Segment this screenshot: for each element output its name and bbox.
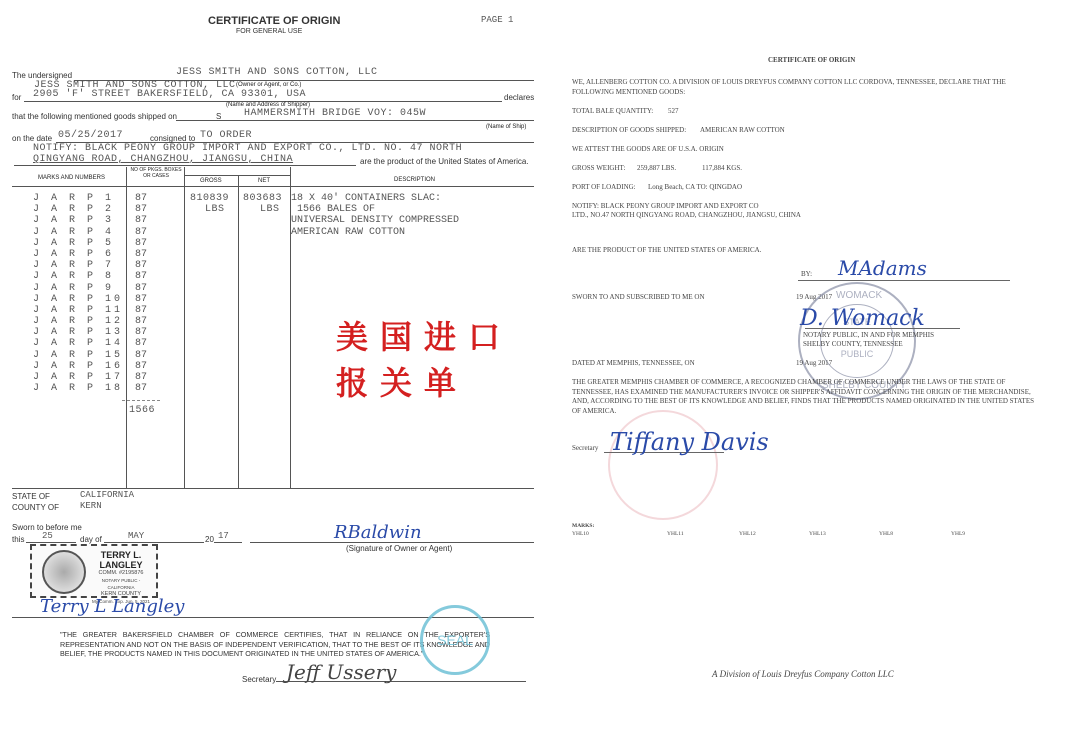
net-weight-value: 803683 <box>243 193 282 204</box>
mark-cell: J A R P 12 <box>33 316 123 327</box>
for-label: for <box>12 93 21 102</box>
certificate-subtitle: FOR GENERAL USE <box>236 28 302 35</box>
gross-weight-lbs: 259,887 LBS. <box>637 164 676 174</box>
mark-cell: J A R P 8 <box>33 271 123 282</box>
county-value: KERN <box>80 501 102 511</box>
notary-signature: Terry L Langley <box>40 596 184 617</box>
attest-statement: WE ATTEST THE GOODS ARE OF U.S.A. ORIGIN <box>572 145 724 155</box>
secretary-label-right: Secretary <box>572 444 598 454</box>
mark-item: YHL11 <box>667 530 684 540</box>
pkgs-cell: 87 <box>135 316 147 327</box>
pkgs-cell: 87 <box>135 260 147 271</box>
name-of-ship-caption: (Name of Ship) <box>486 124 526 130</box>
marks-column: J A R P 1J A R P 2J A R P 3J A R P 4J A … <box>33 193 123 394</box>
day-value: 25 <box>42 531 53 541</box>
mark-item: YHL10 <box>572 530 589 540</box>
shipper-address: 2905 'F' STREET BAKERSFIELD, CA 93301, U… <box>33 89 306 100</box>
california-seal-icon <box>42 550 86 594</box>
seal-text: SEAL <box>437 632 473 648</box>
goods-description-label: DESCRIPTION OF GOODS SHIPPED: <box>572 126 686 136</box>
stamp-name: TERRY L. LANGLEY <box>88 550 154 570</box>
mark-cell: J A R P 6 <box>33 249 123 260</box>
right-declaration: WE, ALLENBERG COTTON CO. A DIVISION OF L… <box>572 78 1042 97</box>
certificate-title: CERTIFICATE OF ORIGIN <box>208 15 340 27</box>
day-of-label: day of <box>80 535 102 544</box>
gross-weight-unit: LBS <box>205 204 225 215</box>
consigned-label: consigned to <box>150 134 195 143</box>
memphis-chamber-statement: THE GREATER MEMPHIS CHAMBER OF COMMERCE,… <box>572 378 1037 416</box>
mark-cell: J A R P 13 <box>33 327 123 338</box>
port-value: Long Beach, CA TO: QINGDAO <box>648 183 742 193</box>
mark-item: YHL13 <box>809 530 826 540</box>
by-signature: MAdams <box>838 256 927 280</box>
description-line: 1566 BALES OF <box>291 204 459 215</box>
pkgs-cell: 87 <box>135 361 147 372</box>
gross-weight-kgs: 117,884 KGS. <box>702 164 742 174</box>
notify-line-2: QINGYANG ROAD, CHANGZHOU, JIANGSU, CHINA <box>33 154 293 165</box>
pkgs-cell: 87 <box>135 193 147 204</box>
footer-division: A Division of Louis Dreyfus Company Cott… <box>712 670 894 680</box>
consignee-value: TO ORDER <box>200 130 252 141</box>
mark-item: YHL9 <box>951 530 965 540</box>
bale-quantity-label: TOTAL BALE QUANTITY: <box>572 107 653 117</box>
notary-stamp: TERRY L. LANGLEY COMM. #2195876 NOTARY P… <box>30 544 158 598</box>
county-label: COUNTY OF <box>12 503 59 512</box>
stamp-comm: COMM. #2195876 <box>88 570 154 577</box>
pkgs-cell: 87 <box>135 327 147 338</box>
mark-cell: J A R P 7 <box>33 260 123 271</box>
pkgs-cell: 87 <box>135 204 147 215</box>
notify-line-1: NOTIFY: BLACK PEONY GROUP IMPORT AND EXP… <box>33 143 462 154</box>
mark-cell: J A R P 17 <box>33 372 123 383</box>
product-of-label: are the product of the United States of … <box>360 157 529 166</box>
s-label: S <box>216 112 221 121</box>
page-label: PAGE 1 <box>481 15 513 25</box>
memphis-certificate: CERTIFICATE OF ORIGIN WE, ALLENBERG COTT… <box>560 0 1060 752</box>
owner-agent-caption: (Owner or Agent, or Co.) <box>236 82 301 88</box>
seal-public-text: PUBLIC <box>821 349 893 359</box>
declares-label: declares <box>504 93 534 102</box>
state-value: CALIFORNIA <box>80 490 134 500</box>
year-suffix: 17 <box>218 531 229 541</box>
undersigned-value: JESS SMITH AND SONS COTTON, LLC <box>176 67 378 78</box>
net-weight-unit: LBS <box>260 204 280 215</box>
dated-value: 19 Aug 2017 <box>796 359 832 369</box>
gross-weight-label: GROSS WEIGHT: <box>572 164 625 174</box>
mark-cell: J A R P 4 <box>33 227 123 238</box>
pkgs-column: 878787878787878787878787878787878787 <box>135 193 147 394</box>
bakersfield-certificate: CERTIFICATE OF ORIGIN FOR GENERAL USE PA… <box>0 0 545 752</box>
header-pkgs: NO OF PKGS. BOXES OR CASES <box>130 168 182 179</box>
gross-weight-value: 810839 <box>190 193 229 204</box>
pkgs-cell: 87 <box>135 383 147 394</box>
right-title: CERTIFICATE OF ORIGIN <box>768 56 855 66</box>
seal-top-text: WOMACK <box>836 290 882 301</box>
header-gross: GROSS <box>200 178 222 184</box>
pkgs-cell: 87 <box>135 294 147 305</box>
chamber-seal: SEAL <box>420 605 490 675</box>
description-column: 18 X 40' CONTAINERS SLAC: 1566 BALES OFU… <box>291 193 459 238</box>
pkgs-cell: 87 <box>135 238 147 249</box>
this-label: this <box>12 535 24 544</box>
mark-cell: J A R P 11 <box>33 305 123 316</box>
secretary-signature: Jeff Ussery <box>286 660 396 684</box>
month-value: MAY <box>128 531 144 541</box>
by-label: BY: <box>801 270 812 280</box>
secretary-signature-right: Tiffany Davis <box>610 428 769 456</box>
mark-cell: J A R P 16 <box>33 361 123 372</box>
mark-cell: J A R P 10 <box>33 294 123 305</box>
on-date-label: on the date <box>12 134 52 143</box>
mark-cell: J A R P 18 <box>33 383 123 394</box>
mark-cell: J A R P 3 <box>33 215 123 226</box>
description-line: 18 X 40' CONTAINERS SLAC: <box>291 193 459 204</box>
header-description: DESCRIPTION <box>394 177 435 183</box>
dated-label: DATED AT MEMPHIS, TENNESSEE, ON <box>572 359 695 369</box>
secretary-label: Secretary <box>242 675 276 684</box>
pkgs-cell: 87 <box>135 350 147 361</box>
pkgs-cell: 87 <box>135 283 147 294</box>
mark-cell: J A R P 15 <box>33 350 123 361</box>
mark-item: YHL8 <box>879 530 893 540</box>
sworn-label: SWORN TO AND SUBSCRIBED TO ME ON <box>572 293 705 303</box>
owner-signature: RBaldwin <box>334 522 422 543</box>
goods-description-value: AMERICAN RAW COTTON <box>700 126 785 136</box>
port-label: PORT OF LOADING: <box>572 183 636 193</box>
mark-cell: J A R P 14 <box>33 338 123 349</box>
pkgs-cell: 87 <box>135 227 147 238</box>
mark-cell: J A R P 1 <box>33 193 123 204</box>
pkgs-cell: 87 <box>135 305 147 316</box>
right-notify-line-2: LTD., NO.47 NORTH QINGYANG ROAD, CHANGZH… <box>572 211 801 221</box>
pkgs-cell: 87 <box>135 215 147 226</box>
notary-line-2: SHELBY COUNTY, TENNESSEE <box>803 340 903 350</box>
product-statement: ARE THE PRODUCT OF THE UNITED STATES OF … <box>572 246 761 256</box>
undersigned-label: The undersigned <box>12 71 72 80</box>
pkgs-cell: 87 <box>135 249 147 260</box>
pkgs-cell: 87 <box>135 372 147 383</box>
ship-name: HAMMERSMITH BRIDGE VOY: 045W <box>244 108 426 119</box>
state-label: STATE OF <box>12 492 50 501</box>
header-marks: MARKS AND NUMBERS <box>38 175 105 181</box>
mark-item: YHL12 <box>739 530 756 540</box>
mark-cell: J A R P 2 <box>33 204 123 215</box>
header-net: NET <box>258 178 270 184</box>
bale-quantity-value: 527 <box>668 107 679 117</box>
import-declaration-stamp: 美国进口报关单 <box>336 312 545 404</box>
total-pkgs: 1566 <box>129 405 155 416</box>
ship-date: 05/25/2017 <box>58 130 123 141</box>
description-line: UNIVERSAL DENSITY COMPRESSED <box>291 215 459 226</box>
mark-cell: J A R P 5 <box>33 238 123 249</box>
description-line: AMERICAN RAW COTTON <box>291 227 459 238</box>
stamp-title: NOTARY PUBLIC - CALIFORNIA <box>88 577 154 591</box>
year-prefix: 20 <box>205 535 214 544</box>
chamber-seal-right <box>608 410 718 520</box>
signature-caption: (Signature of Owner or Agent) <box>346 544 452 553</box>
mark-cell: J A R P 9 <box>33 283 123 294</box>
pkgs-cell: 87 <box>135 338 147 349</box>
shipped-on-label: that the following mentioned goods shipp… <box>12 112 177 121</box>
pkgs-cell: 87 <box>135 271 147 282</box>
